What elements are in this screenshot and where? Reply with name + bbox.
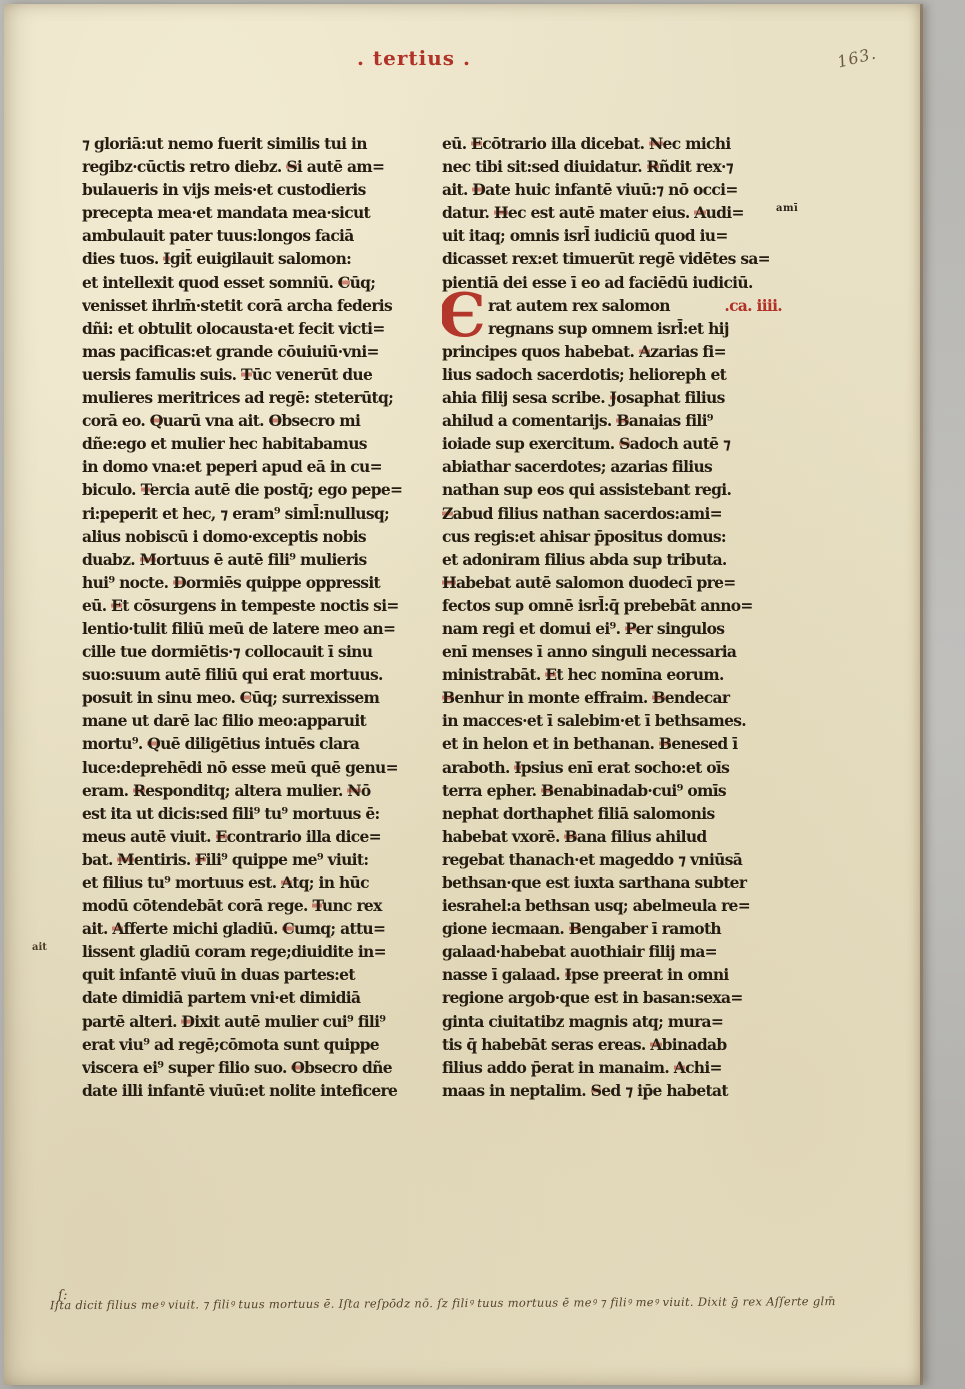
lombard-initial-E: Є [442,294,488,340]
text-line: nathan sup eos qui assistebant regi. [442,478,782,501]
manuscript-page: . tertius . 163. amī ⁊ gloriā:ut nemo fu… [4,4,920,1385]
text-line: maas in neptalim. Sed ⁊ ip̄e habetat [442,1079,782,1102]
text-line: mulieres meritrices ad regē: steterūtq; [82,386,422,409]
text-line: mane ut darē lac filio meo:apparuit [82,709,422,732]
text-line: pientiā dei esse ī eo ad faciēdū iudiciū… [442,271,782,294]
text-line: lissent gladiū coram rege;diuidite in= [82,940,422,963]
text-line: eū. Et cōsurgens in tempeste noctis si= [82,594,422,617]
text-line: regibz·cūctis retro diebz. Si autē am= [82,155,422,178]
text-line: hui⁹ nocte. Dormiēs quippe oppressit [82,571,422,594]
text-line: uersis famulis suis. Tūc venerūt due [82,363,422,386]
text-line: galaad·habebat auothiair filij ma= [442,940,782,963]
text-line: date dimidiā partem vni·et dimidiā [82,986,422,1009]
text-line: regione argob·que est in basan:sexa= [442,986,782,1009]
text-line: et adoniram filius abda sup tributa. [442,548,782,571]
text-line: in macces·et ī salebim·et ī bethsames. [442,709,782,732]
text-line: partē alteri. Dixit autē mulier cui⁹ fil… [82,1010,422,1033]
text-line: ginta ciuitatibz magnis atq; mura= [442,1010,782,1033]
column-left-lines: ⁊ gloriā:ut nemo fuerit similis tui inre… [82,132,422,1102]
text-line: cus regis:et ahisar p̄positus domus: [442,525,782,548]
text-line: Zabud filius nathan sacerdos:ami= [442,502,782,525]
bottom-gloss: ſ: Iſta dicit filius meꝰ viuit. ⁊ filiꝰ … [50,1294,900,1313]
chapter-number: .ca. iiii. [724,294,782,317]
text-line: ahilud a comentarijs. Banaias fili⁹ [442,409,782,432]
text-line: ri:peperit et hec, ⁊ eram⁹ siml̄:nullusq… [82,502,422,525]
text-line: ioiade sup exercitum. Sadoch autē ⁊ [442,432,782,455]
text-line: eū. Ecōtrario illa dicebat. Nec michi [442,132,782,155]
folio-number: 163. [835,43,878,71]
text-line: bulaueris in vijs meis·et custodieris [82,178,422,201]
text-line: lius sadoch sacerdotis; helioreph et [442,363,782,386]
text-line: araboth. Ipsius enī erat socho:et oīs [442,756,782,779]
text-line: et in helon et in bethanan. Benesed ī [442,732,782,755]
text-line: quit infantē viuū in duas partes:et [82,963,422,986]
text-line: iesrahel:a bethsan usq; abelmeula re= [442,894,782,917]
column-right-lines-top: eū. Ecōtrario illa dicebat. Nec michinec… [442,132,782,294]
text-line: ait. Afferte michi gladiū. Cumq; attu= [82,917,422,940]
text-line: date illi infantē viuū:et nolite intefic… [82,1079,422,1102]
text-line: modū cōtendebāt corā rege. Tunc rex [82,894,422,917]
text-line: regnans sup omnem isrl̄:et hij [488,317,782,340]
text-line: alius nobiscū i domo·exceptis nobis [82,525,422,548]
text-line: Habebat autē salomon duodecī pre= [442,571,782,594]
text-line: ahia filij sesa scribe. Josaphat filius [442,386,782,409]
text-line: ministrabāt. Et hec nomīna eorum. [442,663,782,686]
text-line: uit itaq; omnis isrl̄ iudiciū quod iu= [442,224,782,247]
text-line: habebat vxorē. Bana filius ahilud [442,825,782,848]
text-line: enī menses ī anno singuli necessaria [442,640,782,663]
text-line: viscera ei⁹ super filio suo. Obsecro dñe [82,1056,422,1079]
text-column-left: ⁊ gloriā:ut nemo fuerit similis tui inre… [82,132,422,1102]
text-line: ⁊ gloriā:ut nemo fuerit similis tui in [82,132,422,155]
gloss-mark: ſ: [58,1288,68,1303]
text-line: bat. Mentiris. Fili⁹ quippe me⁹ viuit: [82,848,422,871]
text-line: fectos sup omnē isrl̄:q̄ prebebāt anno= [442,594,782,617]
text-line: in domo vna:et peperi apud eā in cu= [82,455,422,478]
text-line: suo:suum autē filiū qui erat mortuus. [82,663,422,686]
initial-adjacent-lines: rat autem rex salomon .ca. iiii. regnans… [488,294,782,340]
text-line: nam regi et domui ei⁹. Per singulos [442,617,782,640]
text-line: dies tuos. Igit̄ euigilauit salomon: [82,247,422,270]
text-line: duabz. Mortuus ē autē fili⁹ mulieris [82,548,422,571]
bottom-gloss-text: Iſta dicit filius meꝰ viuit. ⁊ filiꝰ tuu… [50,1294,836,1312]
text-line: posuit in sinu meo. Cūq; surrexissem [82,686,422,709]
text-line: est ita ut dicis:sed fili⁹ tu⁹ mortuus ē… [82,802,422,825]
text-line: ambulauit pater tuus:longos faciā [82,224,422,247]
text-line: biculo. Tercia autē die postq̄; ego pepe… [82,478,422,501]
text-line: regebat thanach·et mageddo ⁊ vniūsā [442,848,782,871]
text-line: terra epher. Benabinadab·cui⁹ omīs [442,779,782,802]
text-line: mas pacificas:et grande cōuiuiū·vni= [82,340,422,363]
text-line: et filius tu⁹ mortuus est. Atq; in hūc [82,871,422,894]
running-title: . tertius . [4,46,824,70]
text-line: Benhur in monte effraim. Bendecar [442,686,782,709]
initial-first-line: rat autem rex salomon [488,294,670,317]
text-line: dicasset rex:et timuerūt regē vidētes sa… [442,247,782,270]
text-line: principes quos habebat. Azarias fi= [442,340,782,363]
text-line: abiathar sacerdotes; azarias filius [442,455,782,478]
text-line: rat autem rex salomon .ca. iiii. [488,294,782,317]
chapter-initial-block: Є rat autem rex salomon .ca. iiii. regna… [442,294,782,340]
text-line: nephat dorthaphet filiā salomonis [442,802,782,825]
text-line: venisset ihrlm̄·stetit corā archa federi… [82,294,422,317]
scanner-background: . tertius . 163. amī ⁊ gloriā:ut nemo fu… [0,0,965,1389]
text-line: filius addo p̄erat in manaim. Achi= [442,1056,782,1079]
text-line: gione iecmaan. Bengaber ī ramoth [442,917,782,940]
text-line: lentio·tulit filiū meū de latere meo an= [82,617,422,640]
column-right-lines-bottom: principes quos habebat. Azarias fi=lius … [442,340,782,1102]
text-line: eram. Responditq; altera mulier. Nō [82,779,422,802]
text-line: dñe:ego et mulier hec habitabamus [82,432,422,455]
text-line: nec tibi sit:sed diuidatur. Rñdit rex·⁊ [442,155,782,178]
text-line: precepta mea·et mandata mea·sicut [82,201,422,224]
text-column-right: eū. Ecōtrario illa dicebat. Nec michinec… [442,132,782,1102]
text-line: bethsan·que est iuxta sarthana subter [442,871,782,894]
text-line: cille tue dormiētis·⁊ collocauit ī sinu [82,640,422,663]
text-line: meus autē viuit. Econtrario illa dice= [82,825,422,848]
text-line: dñi: et obtulit olocausta·et fecit victi… [82,317,422,340]
text-line: erat viu⁹ ad regē;cōmota sunt quippe [82,1033,422,1056]
text-line: mortu⁹. Quē diligētius intuēs clara [82,732,422,755]
text-line: tis q̄ habebāt seras ereas. Abinadab [442,1033,782,1056]
text-line: ait. Date huic infantē viuū:⁊ nō occi= [442,178,782,201]
margin-note-left: ait [32,942,47,953]
text-line: et intellexit quod esset somniū. Cūq; [82,271,422,294]
text-line: datur. Hec est autē mater eius. Audi= [442,201,782,224]
text-line: nasse ī galaad. Ipse preerat in omni [442,963,782,986]
text-line: luce:deprehēdi nō esse meū quē genu= [82,756,422,779]
text-line: corā eo. Quarū vna ait. Obsecro mi [82,409,422,432]
